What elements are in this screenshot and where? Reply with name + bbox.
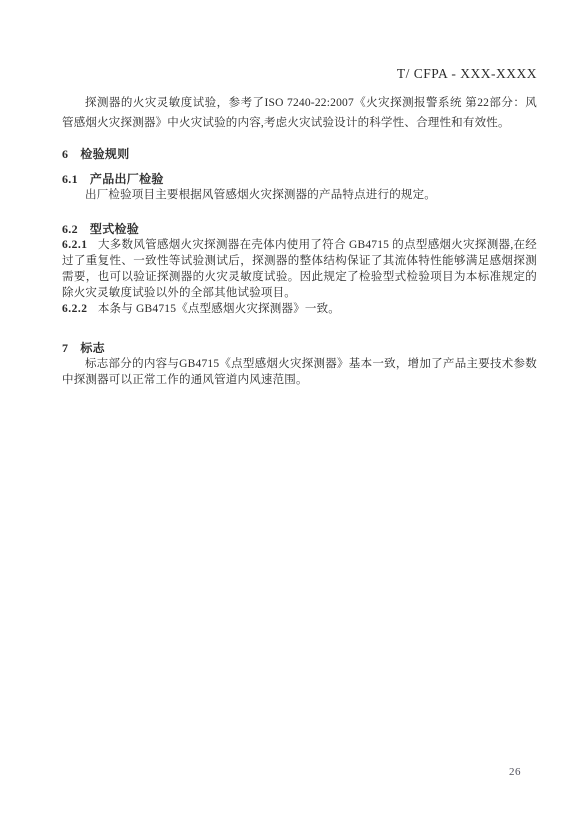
- section-6-1-body: 出厂检验项目主要根据风管感烟火灾探测器的产品特点进行的规定。: [62, 187, 537, 203]
- page-number: 26: [509, 766, 521, 779]
- clause-6-2-2-number: 6.2.2: [62, 303, 88, 315]
- section-7-number: 7: [62, 341, 68, 356]
- section-6-heading: 6检验规则: [62, 147, 537, 162]
- section-7-heading: 7标志: [62, 341, 537, 356]
- section-6-1-title: 产品出厂检验: [90, 172, 164, 186]
- section-6-2-heading: 6.2型式检验: [62, 222, 537, 237]
- clause-6-2-1-paragraph: 6.2.1大多数风管感烟火灾探测器在壳体内使用了符合 GB4715 的点型感烟火…: [62, 237, 537, 301]
- document-page: T/ CFPA - XXX-XXXX 探测器的火灾灵敏度试验，参考了ISO 72…: [0, 0, 585, 831]
- section-6-1-heading: 6.1产品出厂检验: [62, 172, 537, 187]
- section-6-title: 检验规则: [80, 147, 129, 161]
- section-7-body: 标志部分的内容与GB4715《点型感烟火灾探测器》基本一致，增加了产品主要技术参…: [62, 356, 537, 388]
- section-7-title: 标志: [80, 341, 105, 355]
- clause-6-2-1-body: 大多数风管感烟火灾探测器在壳体内使用了符合 GB4715 的点型感烟火灾探测器,…: [62, 239, 537, 299]
- clause-6-2-2-paragraph: 6.2.2本条与 GB4715《点型感烟火灾探测器》一致。: [62, 301, 537, 317]
- clause-6-2-1-number: 6.2.1: [62, 239, 88, 251]
- section-6-1-number: 6.1: [62, 172, 78, 187]
- section-6-2-number: 6.2: [62, 222, 78, 237]
- standard-code-header: T/ CFPA - XXX-XXXX: [62, 66, 537, 81]
- intro-paragraph: 探测器的火灾灵敏度试验，参考了ISO 7240-22:2007《火灾探测报警系统…: [62, 93, 537, 133]
- section-6-2-title: 型式检验: [90, 222, 139, 236]
- clause-6-2-2-body: 本条与 GB4715《点型感烟火灾探测器》一致。: [98, 303, 340, 315]
- section-6-number: 6: [62, 147, 68, 162]
